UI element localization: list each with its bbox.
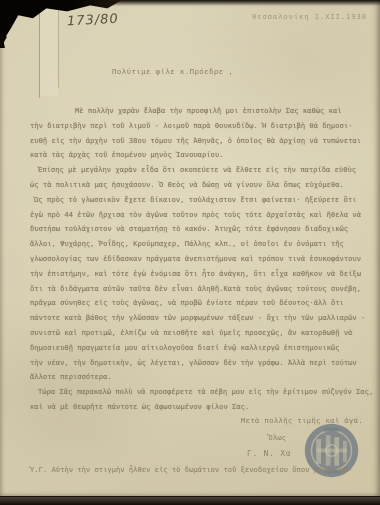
letter-line: καὶ νὰ μὲ θεωρῆτε πάντοτε ὡς ἀφωσιωμένον…	[30, 400, 370, 415]
fold-crease-line-right	[58, 0, 59, 88]
letter-line: Ὡς πρὸς τὸ γλωσσικὸν ἔχετε δίκαιον, τοὐλ…	[30, 193, 370, 208]
archival-number: 173/80	[67, 12, 119, 30]
letter-line: ὡς τὰ πολιτικὰ μας ἡσυχάσουν. Ὁ Θεὸς νὰ …	[30, 178, 370, 193]
letter-line: δυστήσω τοὐλάχιστον νὰ σταματήσῃ τὸ κακό…	[30, 222, 370, 237]
fold-crease-line-left	[39, 0, 40, 98]
letter-line: ἄλλοι, Ψυχάρης, Ῥοΐδης, Κρούμπαχερ, Πάλλ…	[30, 237, 370, 252]
scan-bottom-edge	[0, 496, 380, 505]
letter-line: ἄλλοτε περισσότερα.	[30, 370, 370, 385]
letter-paper: 173/80 Θεσσαλονίκη Ι.ΧΙΙ.1938 Πολύτιμε φ…	[0, 0, 380, 497]
letter-line: Τώρα Σᾶς παρακαλῶ πολὺ νὰ προσφέρετε τὰ …	[30, 385, 370, 400]
letter-line: Μὲ πολλὴν χαρὰν ἔλαβα τὴν προσφιλῆ μοι ἐ…	[30, 104, 370, 119]
scanned-letter: 173/80 Θεσσαλονίκη Ι.ΧΙΙ.1938 Πολύτιμε φ…	[0, 0, 380, 505]
closing-olos: Ὅλως	[268, 433, 286, 442]
letter-line: κατὰ τὰς ἀρχὰς τοῦ ἑπομένου μηνὸς Ἰανουα…	[30, 148, 370, 163]
fold-crease	[40, 0, 58, 96]
letter-line: συνιστῶ καὶ προτιμῶ, ἐλπίζω νὰ πεισθῆτε …	[30, 326, 370, 341]
letter-line: δημοσιευθῇ πραγματεία μου αἰτιολογοῦσα δ…	[30, 341, 370, 356]
letter-line: ὅτι τὰ διδάγματα αὐτῶν ταῦτα δὲν εἶναι ἀ…	[30, 282, 370, 297]
letter-body: Μὲ πολλὴν χαρὰν ἔλαβα τὴν προσφιλῆ μοι ἐ…	[30, 104, 370, 415]
salutation: Πολύτιμε φίλε κ.Πρόεδρε ,	[112, 67, 233, 76]
letter-line: ἐγὼ πρὸ 44 ἐτῶν ἤρχισα τὸν ἀγῶνα τοῦτον …	[30, 208, 370, 223]
letter-line: γλωσσολογίας των ἐδίδασκαν πράγματα ἀνεπ…	[30, 252, 370, 267]
letter-line: Ἐπίσης μὲ μεγάλην χαρὰν εἶδα ὅτι σκοπεύε…	[30, 163, 370, 178]
letter-line: τὴν νέαν, τὴν δημοτικὴν, ὡς λέγεται, γλῶ…	[30, 356, 370, 371]
letter-line: πάντοτε κατὰ βάθος τὴν γλῶσσαν τῶν μορφω…	[30, 311, 370, 326]
dateline: Θεσσαλονίκη Ι.ΧΙΙ.1938	[252, 12, 367, 21]
postscript: Ὑ.Γ. Αὐτὴν τὴν στιγμὴν ἦλθεν εἰς τὸ δωμά…	[30, 465, 375, 474]
signature: Γ. Ν. Χα	[247, 449, 292, 458]
letter-line: πρᾶγμα σύνηθες εἰς τοὺς ἀγῶνας, νὰ προβῶ…	[30, 296, 370, 311]
letter-line: τὴν διατριβὴν περὶ τοῦ λιμοῦ - λοιμοῦ πα…	[30, 119, 370, 134]
letter-line: τὴν ἐπιστήμην, καὶ τότε ἐγὼ ἐνόμισα ὅτι …	[30, 267, 370, 282]
letter-line: ευθῇ εἰς τὴν ἀρχὴν τοῦ 38ου τόμου τῆς Ἀθ…	[30, 134, 370, 149]
